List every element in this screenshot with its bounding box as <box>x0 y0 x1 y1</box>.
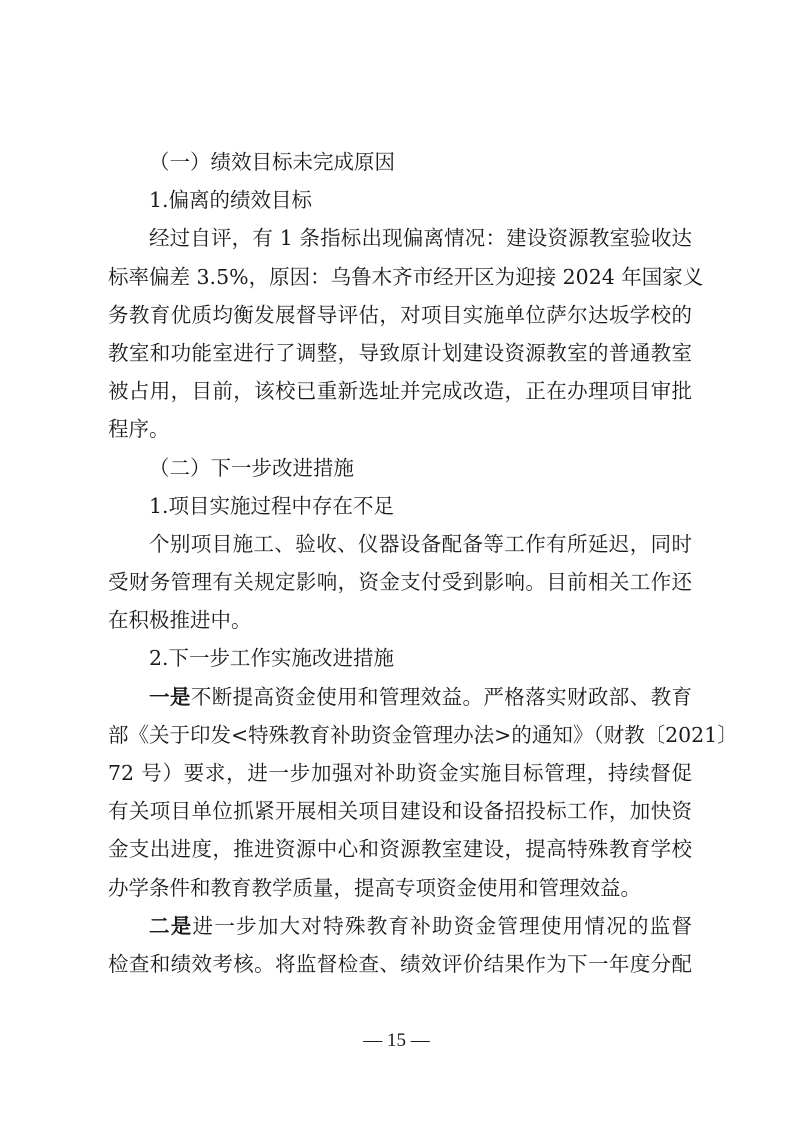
point-text: 不断提高资金使用和管理效益。严格落实财政部、教育 <box>191 685 692 709</box>
point-lead: 一是 <box>149 685 191 709</box>
page-number: — 15 — <box>0 1030 793 1052</box>
paragraph-line: 个别项目施工、验收、仪器设备配备等工作有所延迟，同时 <box>108 525 692 563</box>
subsection-title-improvements: 2.下一步工作实施改进措施 <box>108 639 692 677</box>
paragraph-line: 检查和绩效考核。将监督检查、绩效评价结果作为下一年度分配 <box>108 945 692 983</box>
paragraph-line: 二是进一步加大对特殊教育补助资金管理使用情况的监督 <box>108 907 692 945</box>
paragraph-line: 有关项目单位抓紧开展相关项目建设和设备招投标工作，加快资 <box>108 792 692 830</box>
point-lead: 二是 <box>149 914 193 938</box>
paragraph-line: 标率偏差 3.5%，原因：乌鲁木齐市经开区为迎接 2024 年国家义 <box>108 258 692 296</box>
paragraph-line: 72 号）要求，进一步加强对补助资金实施目标管理，持续督促 <box>108 754 692 792</box>
paragraph-line: 经过自评，有 1 条指标出现偏离情况：建设资源教室验收达 <box>108 219 692 257</box>
subsection-title-shortcomings: 1.项目实施过程中存在不足 <box>108 487 692 525</box>
paragraph-line: 受财务管理有关规定影响，资金支付受到影响。目前相关工作还 <box>108 563 692 601</box>
paragraph-line: 在积极推进中。 <box>108 601 692 639</box>
paragraph-line: 被占用，目前，该校已重新选址并完成改造，正在办理项目审批 <box>108 372 692 410</box>
paragraph-line: 金支出进度，推进资源中心和资源教室建设，提高特殊教育学校 <box>108 830 692 868</box>
paragraph-line: 程序。 <box>108 410 692 448</box>
document-page: （一）绩效目标未完成原因 1.偏离的绩效目标 经过自评，有 1 条指标出现偏离情… <box>108 143 692 983</box>
paragraph-line: 务教育优质均衡发展督导评估，对项目实施单位萨尔达坂学校的 <box>108 296 692 334</box>
section-heading-2: （二）下一步改进措施 <box>108 449 692 487</box>
point-text: 进一步加大对特殊教育补助资金管理使用情况的监督 <box>193 914 692 938</box>
paragraph-line: 一是不断提高资金使用和管理效益。严格落实财政部、教育 <box>108 678 692 716</box>
paragraph-line: 教室和功能室进行了调整，导致原计划建设资源教室的普通教室 <box>108 334 692 372</box>
paragraph-line: 部《关于印发<特殊教育补助资金管理办法>的通知》（财教〔2021〕 <box>108 716 692 754</box>
section-heading-1: （一）绩效目标未完成原因 <box>108 143 692 181</box>
subsection-title-deviation: 1.偏离的绩效目标 <box>108 181 692 219</box>
paragraph-line: 办学条件和教育教学质量，提高专项资金使用和管理效益。 <box>108 869 692 907</box>
